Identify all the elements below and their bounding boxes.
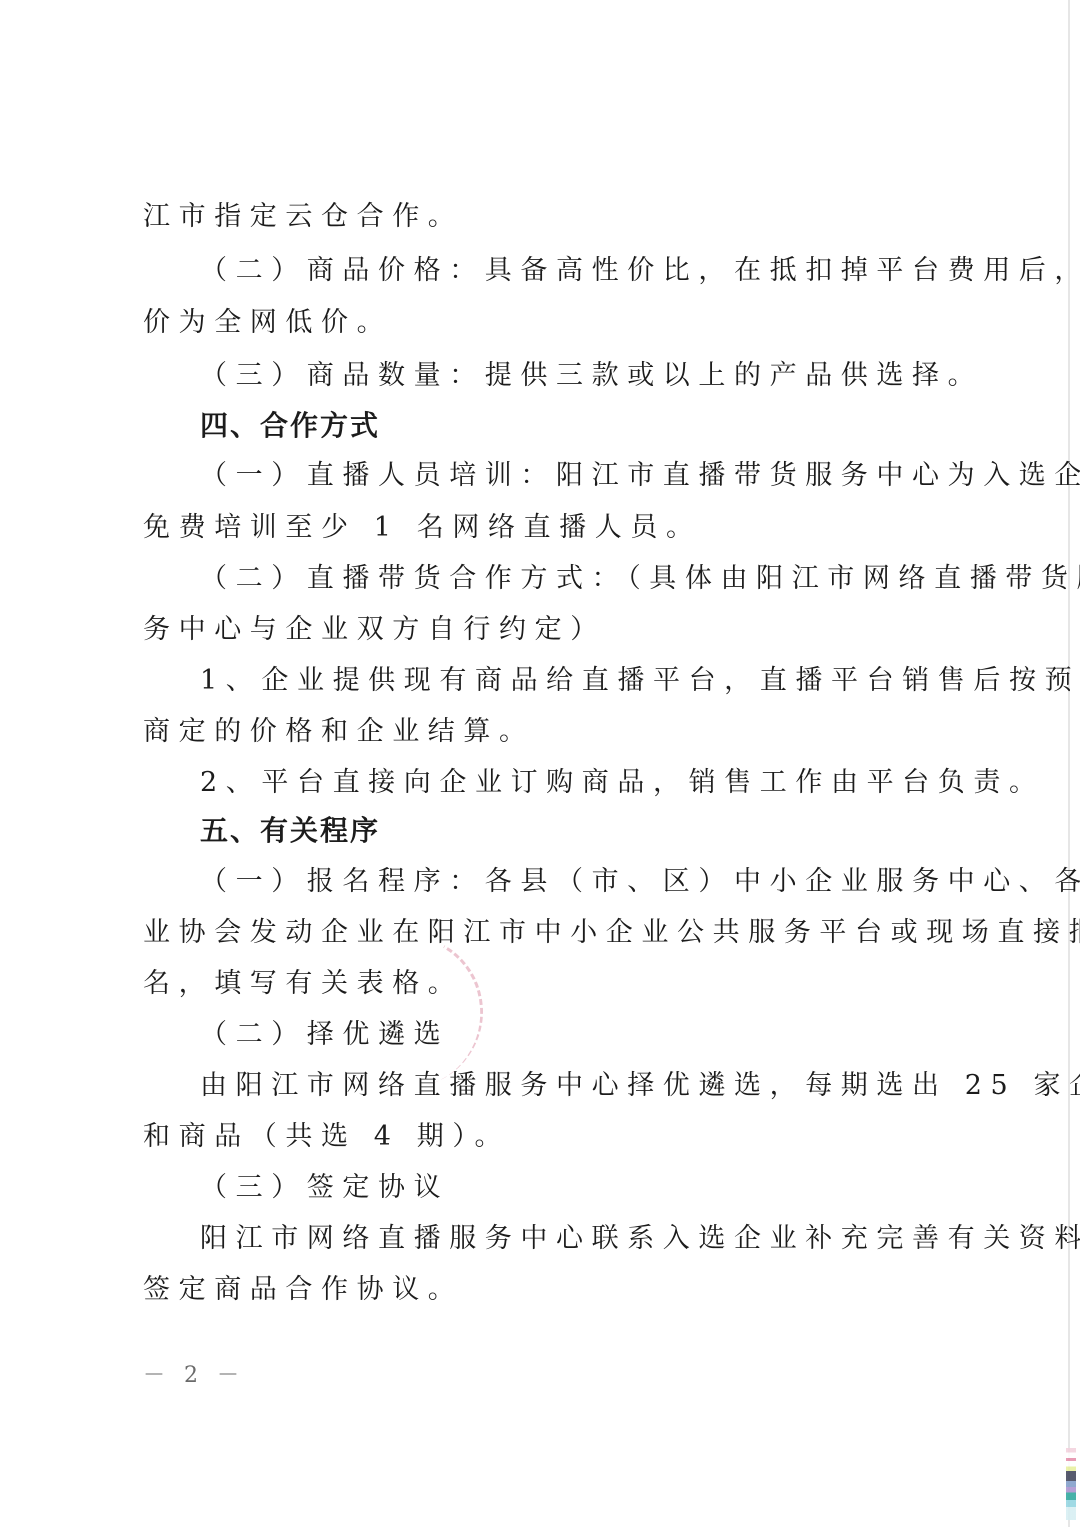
paragraph-line: 1、企业提供现有商品给直播平台，直播平台销售后按预先 [200,663,1080,699]
subsection-heading: （三）签定协议 [200,1170,449,1206]
paragraph-line: 商定的价格和企业结算。 [143,714,535,750]
paragraph-line: 江市指定云仓合作。 [143,199,463,235]
paragraph-line: （三）商品数量：提供三款或以上的产品供选择。 [200,358,983,394]
page-number: － 2 － [143,1358,245,1389]
paragraph-line: 由阳江市网络直播服务中心择优遴选，每期选出 25 家企业 [200,1068,1080,1104]
scan-edge-line [1068,0,1070,1527]
subsection-heading: （二）择优遴选 [200,1017,449,1053]
section-heading-cooperation: 四、合作方式 [200,408,380,444]
scan-color-calibration-bar [1066,1448,1076,1520]
paragraph-line: （二）商品价格：具备高性价比，在抵扣掉平台费用后，售 [200,253,1080,289]
paragraph-line: 和商品（共选 4 期）。 [143,1119,510,1155]
paragraph-line: 免费培训至少 1 名网络直播人员。 [143,510,702,546]
document-page: 江市指定云仓合作。 （二）商品价格：具备高性价比，在抵扣掉平台费用后，售 价为全… [0,0,1080,1527]
paragraph-line: 价为全网低价。 [143,305,392,341]
paragraph-line: 业协会发动企业在阳江市中小企业公共服务平台或现场直接报 [143,915,1080,951]
section-heading-procedures: 五、有关程序 [200,813,380,849]
paragraph-line: 名，填写有关表格。 [143,966,463,1002]
paragraph-line: （一）报名程序：各县（市、区）中小企业服务中心、各行 [200,864,1080,900]
paragraph-line: （一）直播人员培训：阳江市直播带货服务中心为入选企业 [200,458,1080,494]
paragraph-line: 签定商品合作协议。 [143,1272,463,1308]
paragraph-line: 阳江市网络直播服务中心联系入选企业补充完善有关资料， [200,1221,1080,1257]
paragraph-line: 务中心与企业双方自行约定） [143,612,606,648]
paragraph-line: （二）直播带货合作方式：（具体由阳江市网络直播带货服 [200,561,1080,597]
paragraph-line: 2、平台直接向企业订购商品，销售工作由平台负责。 [200,765,1045,801]
